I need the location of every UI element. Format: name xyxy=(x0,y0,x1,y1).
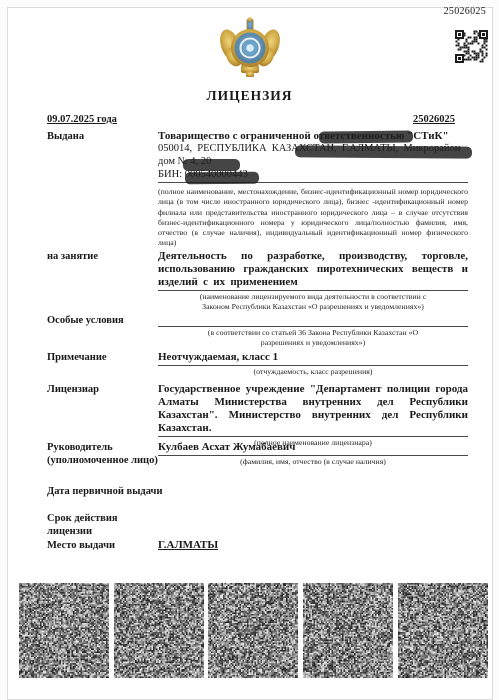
redacted-stamp-noise-5 xyxy=(398,583,488,678)
company-name: Товарищество с ограниченной ответственно… xyxy=(158,130,468,143)
field-label: Выдана xyxy=(47,130,158,143)
field-head: Руководитель (уполномоченное лицо) Кулба… xyxy=(47,441,468,467)
field-caption: (отчуждаемость, класс разрешения) xyxy=(158,367,468,377)
validity-label-line2: лицензии xyxy=(47,525,158,538)
field-caption: (наименование лицензируемого вида деятел… xyxy=(158,292,468,312)
field-note: Примечание Неотчуждаемая, класс 1 (отчуж… xyxy=(47,351,468,377)
activity-value: Деятельность по разработке, производству… xyxy=(158,250,468,289)
field-issue-place: Место выдачи Г.АЛМАТЫ xyxy=(47,539,468,552)
field-licensor: Лицензиар Государственное учреждение "Де… xyxy=(47,383,468,448)
redaction-mark-bin xyxy=(185,171,259,183)
date-and-number-row: 09.07.2025 года 25026025 xyxy=(47,114,455,125)
field-label: Примечание xyxy=(47,351,158,364)
field-caption: (полное наименование, местонахождение, б… xyxy=(158,187,468,248)
field-label: Дата первичной выдачи xyxy=(47,485,247,498)
kazakhstan-emblem-icon xyxy=(217,15,283,81)
redacted-stamp-noise-2 xyxy=(114,583,204,678)
field-label: Особые условия xyxy=(47,314,158,327)
field-rule xyxy=(158,436,468,437)
field-caption: (фамилия, имя, отчество (в случае наличи… xyxy=(158,457,468,467)
issue-place-value: Г.АЛМАТЫ xyxy=(158,539,468,552)
head-label-line1: Руководитель xyxy=(47,441,158,454)
special-conditions-value xyxy=(158,314,468,325)
redaction-mark-company xyxy=(319,131,413,143)
field-caption: (в соответствии со статьей 36 Закона Рес… xyxy=(158,328,468,348)
redaction-mark-house xyxy=(183,159,240,171)
field-rule xyxy=(158,326,468,327)
field-first-issue-date: Дата первичной выдачи xyxy=(47,485,468,498)
redacted-stamp-noise-3 xyxy=(208,583,298,678)
license-number: 25026025 xyxy=(413,114,455,125)
validity-label-line1: Срок действия xyxy=(47,512,158,525)
head-value: Кулбаев Асхат Жумабаевич xyxy=(158,441,468,454)
document-title: ЛИЦЕНЗИЯ xyxy=(0,88,499,104)
field-special-conditions: Особые условия (в соответствии со статье… xyxy=(47,314,468,348)
field-rule xyxy=(158,455,468,456)
field-activity: на занятие Деятельность по разработке, п… xyxy=(47,250,468,312)
field-rule xyxy=(158,365,468,366)
field-validity: Срок действия лицензии xyxy=(47,512,468,538)
field-rule xyxy=(158,290,468,291)
qr-code-icon xyxy=(455,30,488,63)
licensor-value: Государственное учреждение "Департамент … xyxy=(158,383,468,435)
redacted-stamps-row xyxy=(19,583,488,678)
field-label: Лицензиар xyxy=(47,383,158,396)
redaction-mark-address xyxy=(295,145,472,158)
issue-date: 09.07.2025 года xyxy=(47,114,117,125)
head-label-line2: (уполномоченное лицо) xyxy=(47,454,158,467)
document-number-top: 25026025 xyxy=(444,6,486,17)
field-label: на занятие xyxy=(47,250,158,263)
redacted-stamp-noise-1 xyxy=(19,583,109,678)
field-label: Место выдачи xyxy=(47,539,158,552)
redacted-stamp-noise-4 xyxy=(303,583,393,678)
note-value: Неотчуждаемая, класс 1 xyxy=(158,351,468,364)
